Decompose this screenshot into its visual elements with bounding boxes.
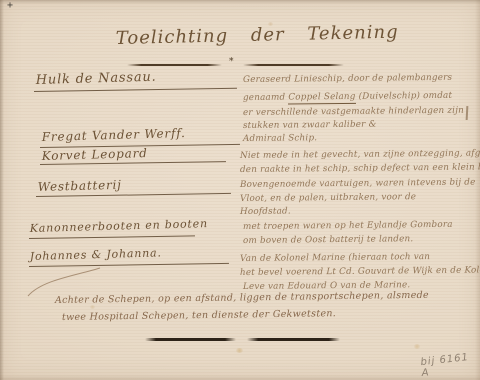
separator-mark: * — [229, 57, 234, 67]
description-line: genaamd Coppel Selang (Duivelschip) omda… — [243, 91, 452, 103]
foxing-spot — [268, 22, 273, 26]
description-line: Bovengenoemde vaartuigen, waren intevens… — [240, 178, 476, 190]
document-title: Toelichting der Tekening — [116, 22, 399, 49]
ship-label-nassau: Hulk de Nassau. — [36, 70, 157, 88]
description-line: Vloot, en de palen, uitbraken, voor de — [240, 192, 416, 204]
label-underline — [29, 235, 195, 239]
description-line: Van de Kolonel Marine (hieraan toch van — [240, 252, 430, 264]
description-line: stukken van zwaar kaliber & — [243, 120, 377, 131]
foxing-spot — [236, 348, 243, 353]
label-underline — [34, 88, 237, 92]
title-rule-right — [243, 64, 344, 66]
description-line: met troepen waren op het Eylandje Gombor… — [243, 220, 453, 232]
description-line: den raakte in het schip, schip defect va… — [240, 162, 480, 175]
registration-cross-mark: + — [7, 0, 13, 11]
footer-line: twee Hospitaal Schepen, ten dienste der … — [62, 308, 336, 323]
description-line: Hoofdstad. — [240, 206, 291, 217]
foxing-spot — [90, 305, 95, 309]
description-line: om boven de Oost batterij te landen. — [243, 234, 414, 246]
label-underline — [36, 193, 231, 197]
archive-number-note: bij 6161 A — [420, 351, 480, 379]
description-line: Admiraal Schip. — [243, 133, 317, 144]
description-text: (Duivelschip) omdat — [356, 91, 453, 102]
label-kanonneerbooten: Kanonneerbooten en booten — [30, 217, 208, 235]
description-text: genaamd — [243, 93, 288, 103]
ship-label-vander-werff: Fregat Vander Werff. — [42, 126, 186, 144]
description-line: het bevel voerend Lt Cd. Gouvart de Wijk… — [240, 265, 480, 278]
foxing-spot — [414, 344, 420, 349]
manuscript-scan: + Toelichting der Tekening * Hulk de Nas… — [0, 0, 480, 380]
ship-name-coppel-selang: Coppel Selang — [288, 92, 355, 104]
footer-line: Achter de Schepen, op een afstand, ligge… — [55, 290, 429, 306]
description-line: er verschillende vastgemaakte hinderlage… — [243, 106, 464, 118]
label-westbatterij: Westbatterij — [38, 178, 122, 194]
description-line: Niet mede in het gevecht, van zijne ontz… — [240, 148, 480, 161]
closing-rule-left — [145, 338, 236, 341]
label-johannes-johanna: Johannes & Johanna. — [30, 246, 162, 263]
ink-stroke — [466, 106, 468, 120]
closing-rule-right — [247, 338, 340, 341]
description-line: Geraseerd Linieschip, door de palembange… — [243, 73, 452, 85]
title-rule-left — [127, 64, 222, 66]
ship-label-leopard: Korvet Leopard — [42, 146, 148, 163]
